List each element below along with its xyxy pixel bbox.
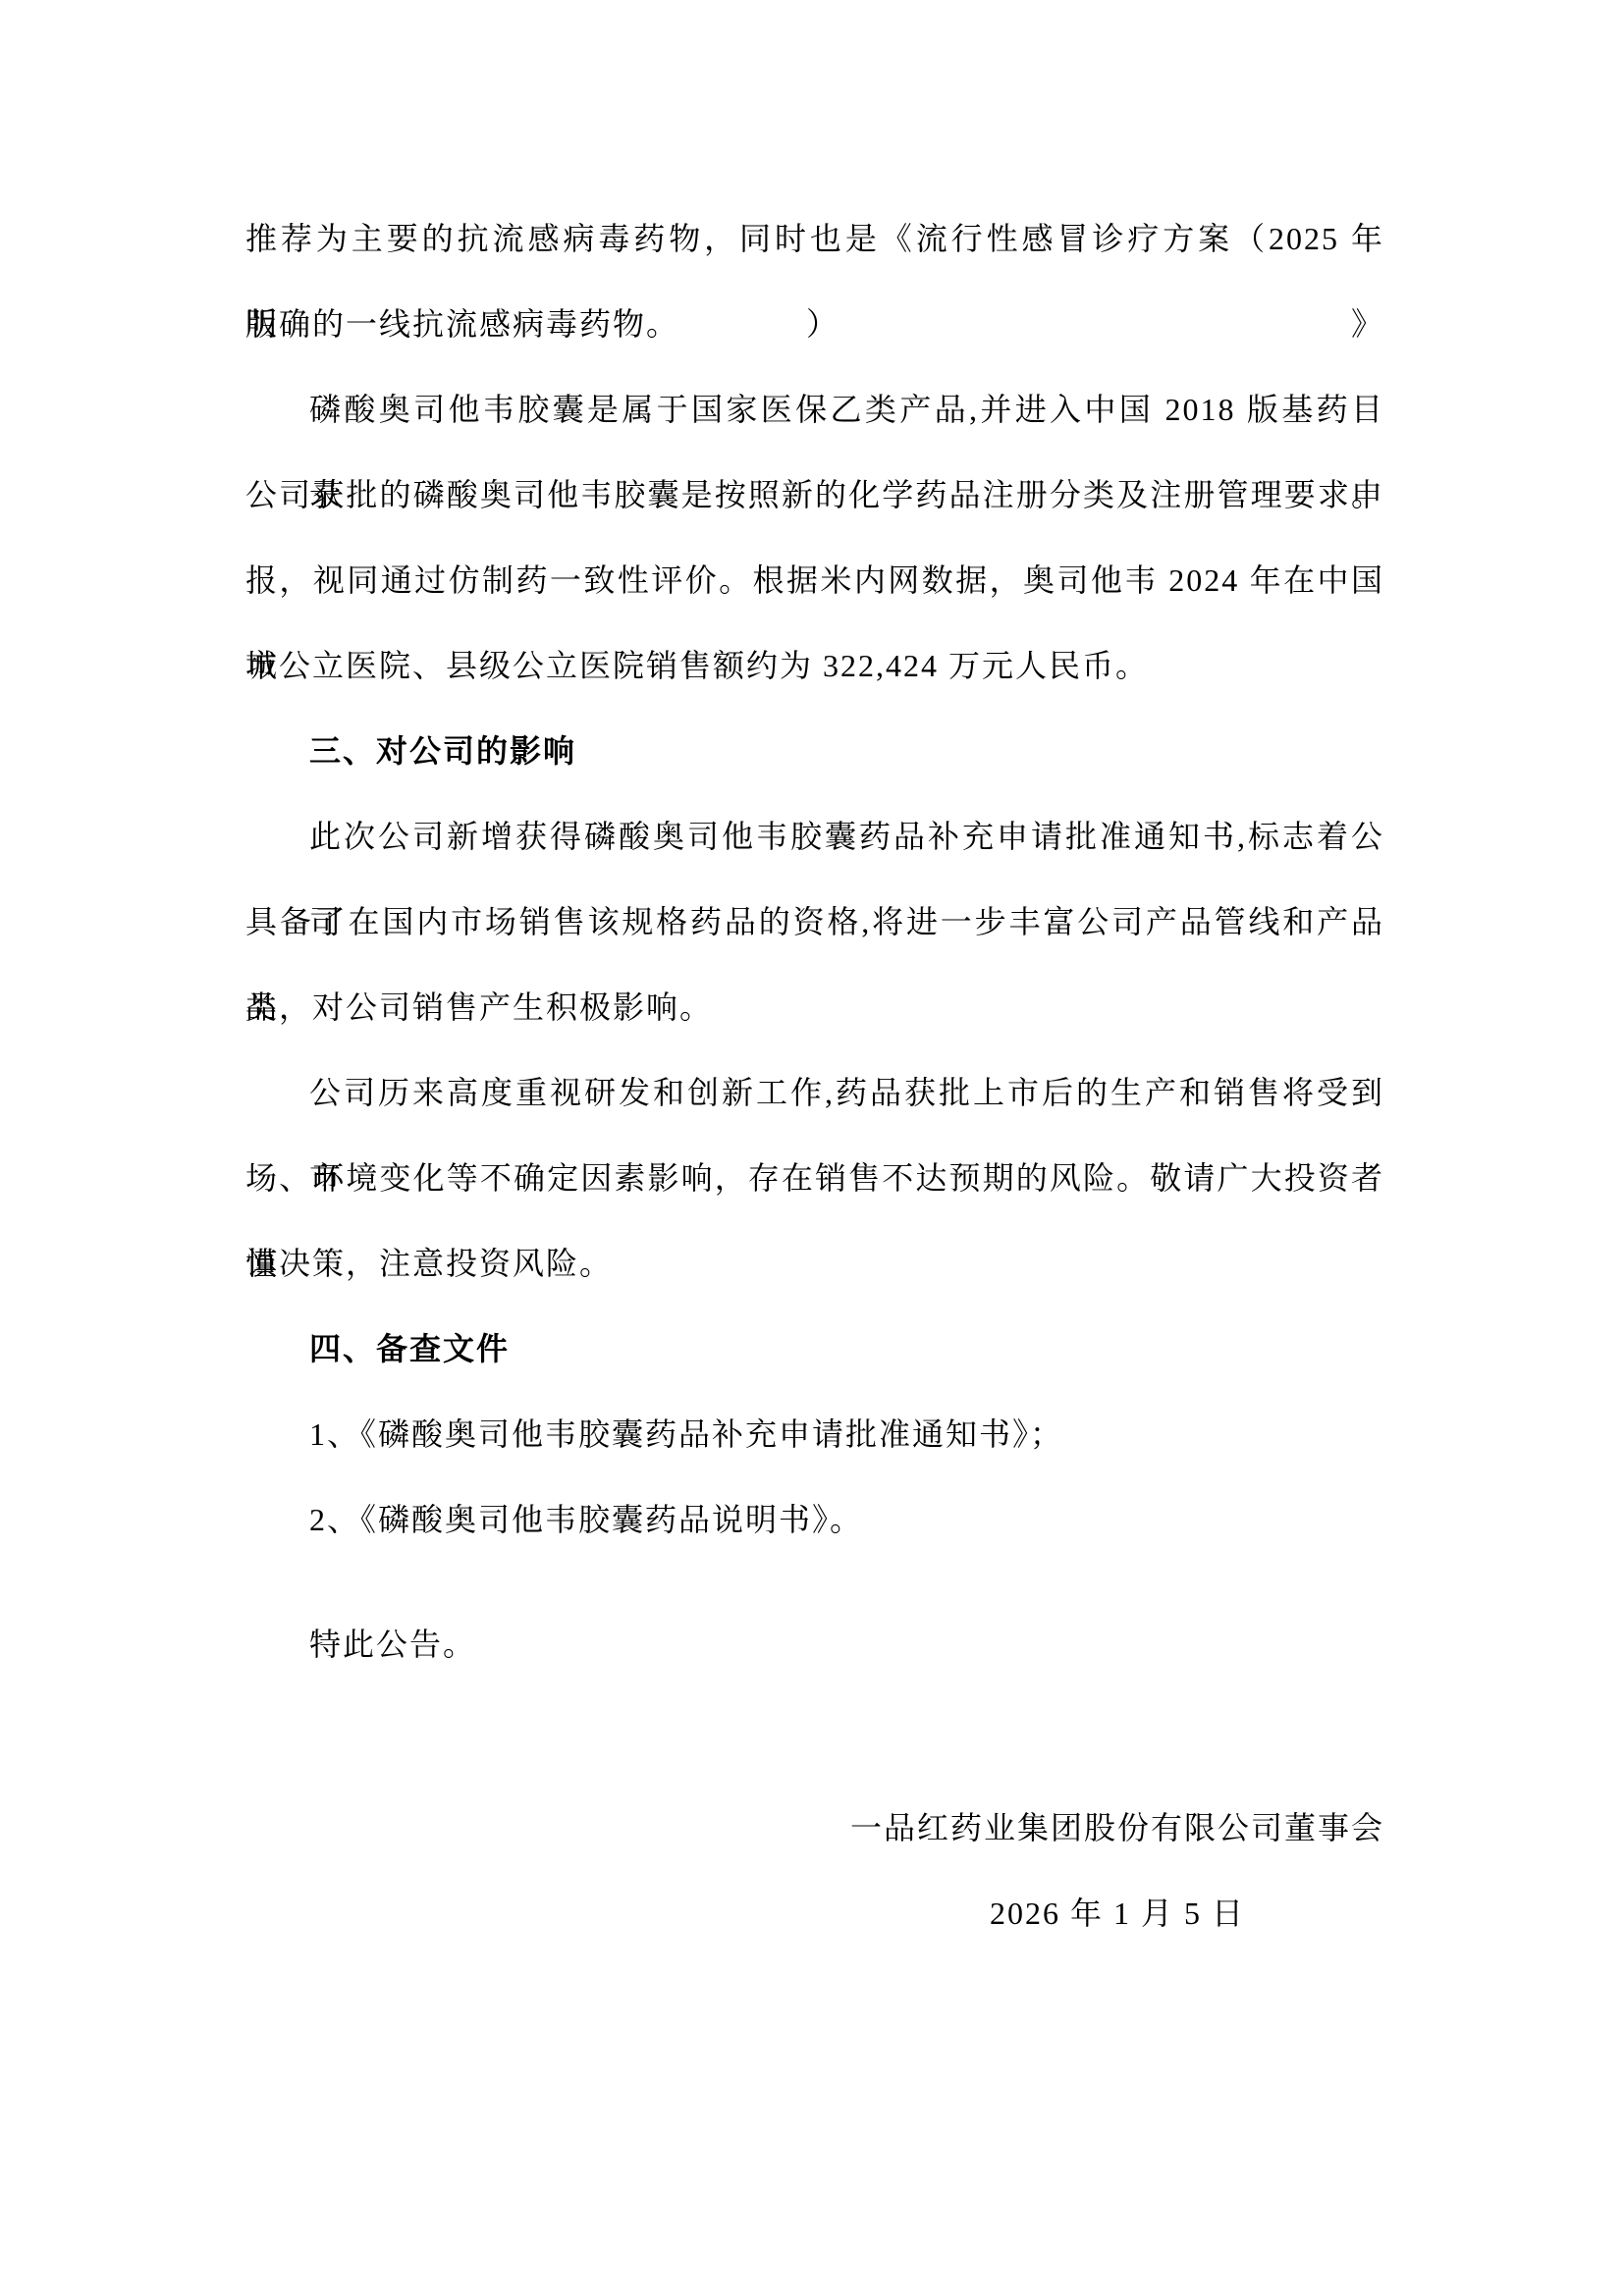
paragraph-line: 场、环境变化等不确定因素影响，存在销售不达预期的风险。敬请广大投资者谨 bbox=[245, 1136, 1384, 1221]
paragraph-line: 类，对公司销售产生积极影响。 bbox=[245, 965, 1384, 1050]
signature-block: 一品红药业集团股份有限公司董事会 2026 年 1 月 5 日 bbox=[850, 1786, 1384, 1956]
vertical-spacer bbox=[245, 1687, 1384, 1786]
document-page: 推荐为主要的抗流感病毒药物，同时也是《流行性感冒诊疗方案（2025 年版）》 明… bbox=[0, 0, 1624, 2296]
paragraph-line: 此次公司新增获得磷酸奥司他韦胶囊药品补充申请批准通知书,标志着公司 bbox=[245, 794, 1384, 880]
paragraph-line: 推荐为主要的抗流感病毒药物，同时也是《流行性感冒诊疗方案（2025 年版）》 bbox=[245, 196, 1384, 282]
vertical-spacer bbox=[245, 1563, 1384, 1602]
closing-statement: 特此公告。 bbox=[245, 1602, 1384, 1687]
paragraph-line: 具备了在国内市场销售该规格药品的资格,将进一步丰富公司产品管线和产品品 bbox=[245, 880, 1384, 965]
paragraph-line: 报，视同通过仿制药一致性评价。根据米内网数据，奥司他韦 2024 年在中国城 bbox=[245, 538, 1384, 623]
announcement-date: 2026 年 1 月 5 日 bbox=[850, 1871, 1384, 1956]
paragraph-line: 磷酸奥司他韦胶囊是属于国家医保乙类产品,并进入中国 2018 版基药目录。 bbox=[245, 367, 1384, 453]
paragraph-line: 市公立医院、县级公立医院销售额约为 322,424 万元人民币。 bbox=[245, 623, 1384, 709]
paragraph-line: 公司历来高度重视研发和创新工作,药品获批上市后的生产和销售将受到市 bbox=[245, 1050, 1384, 1136]
section-heading-documents: 四、备查文件 bbox=[245, 1307, 1384, 1392]
section-heading-impact: 三、对公司的影响 bbox=[245, 709, 1384, 794]
board-signature: 一品红药业集团股份有限公司董事会 bbox=[850, 1786, 1384, 1871]
paragraph-line: 公司获批的磷酸奥司他韦胶囊是按照新的化学药品注册分类及注册管理要求申 bbox=[245, 453, 1384, 538]
paragraph-line: 慎决策，注意投资风险。 bbox=[245, 1221, 1384, 1307]
list-item-2: 2、《磷酸奥司他韦胶囊药品说明书》。 bbox=[245, 1477, 1384, 1563]
list-item-1: 1、《磷酸奥司他韦胶囊药品补充申请批准通知书》； bbox=[245, 1392, 1384, 1477]
document-body: 推荐为主要的抗流感病毒药物，同时也是《流行性感冒诊疗方案（2025 年版）》 明… bbox=[0, 0, 1624, 1956]
